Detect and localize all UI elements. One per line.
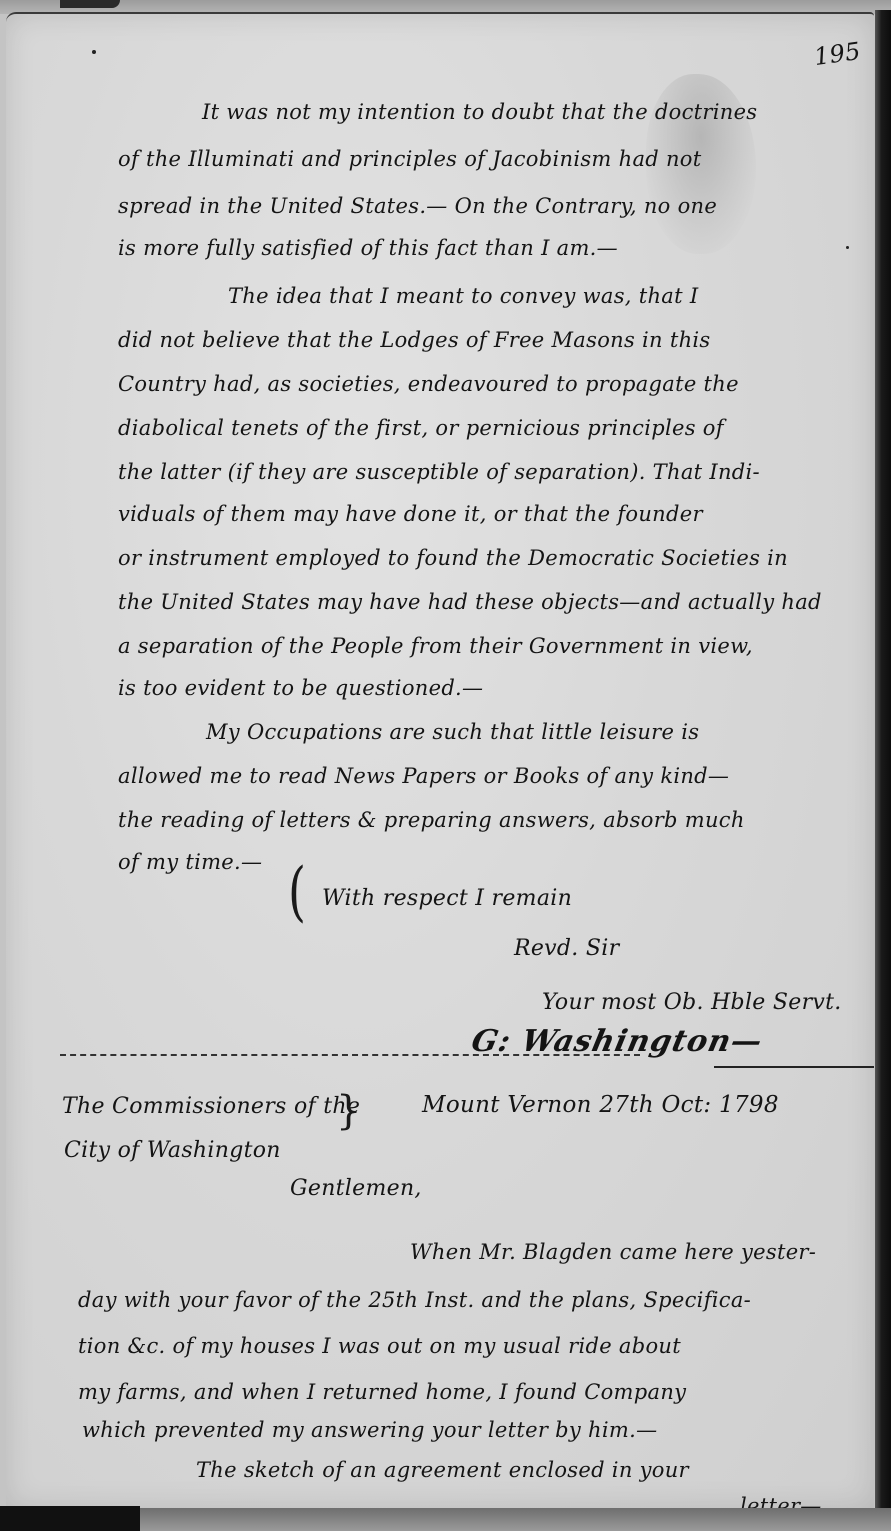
addressee-line-1: The Commissioners of the: [62, 1094, 360, 1119]
separator-line-tail: [714, 1066, 874, 1068]
letter1-p3-line2: allowed me to read News Papers or Books …: [118, 764, 729, 788]
letter1-p2-line1: The idea that I meant to convey was, tha…: [228, 284, 698, 308]
letter2-p2-line1: The sketch of an agreement enclosed in y…: [196, 1458, 689, 1482]
letter1-p2-line7: or instrument employed to found the Demo…: [118, 546, 788, 570]
manuscript-scan: 195 It was not my intention to doubt tha…: [0, 0, 891, 1531]
closing-line-3: Your most Ob. Hble Servt.: [542, 990, 842, 1015]
letter2-p1-line5: which prevented my answering your letter…: [82, 1418, 657, 1442]
scan-right-border: [875, 10, 891, 1531]
place-date: Mount Vernon 27th Oct: 1798: [422, 1092, 779, 1118]
closing-line-1: With respect I remain: [322, 886, 572, 911]
letter1-p2-line3: Country had, as societies, endeavoured t…: [118, 372, 739, 396]
letter2-p1-line3: tion &c. of my houses I was out on my us…: [78, 1334, 681, 1358]
letter1-p3-line4: of my time.—: [118, 850, 262, 874]
letter2-p1-line4: my farms, and when I returned home, I fo…: [78, 1380, 686, 1404]
letter1-p1-line1: It was not my intention to doubt that th…: [202, 100, 757, 124]
letter1-p1-line3: spread in the United States.— On the Con…: [118, 194, 717, 218]
letter2-p1-line1: When Mr. Blagden came here yester-: [410, 1240, 816, 1264]
separator-line: [60, 1054, 640, 1056]
addressee-brace: }: [336, 1088, 361, 1134]
letter1-p2-line2: did not believe that the Lodges of Free …: [118, 328, 711, 352]
letter1-p2-line8: the United States may have had these obj…: [118, 590, 822, 614]
closing-bracket: (: [288, 853, 306, 929]
scan-top-shadow: [60, 0, 120, 8]
scan-bottom-border: [140, 1508, 891, 1531]
closing-line-2: Revd. Sir: [514, 936, 619, 961]
letter1-p2-line9: a separation of the People from their Go…: [118, 634, 753, 658]
ink-dot: [92, 50, 96, 54]
scan-bottom-shadow: [0, 1506, 140, 1531]
letter2-p1-line2: day with your favor of the 25th Inst. an…: [78, 1288, 751, 1312]
letter1-p2-line4: diabolical tenets of the first, or perni…: [118, 416, 724, 440]
ink-dot: [846, 246, 849, 249]
salutation: Gentlemen,: [290, 1176, 422, 1201]
letter1-p3-line1: My Occupations are such that little leis…: [206, 720, 699, 744]
letter1-p3-line3: the reading of letters & preparing answe…: [118, 808, 745, 832]
page-number: 195: [812, 37, 862, 71]
letter1-p2-line6: viduals of them may have done it, or tha…: [118, 502, 703, 526]
letter1-p2-line10: is too evident to be questioned.—: [118, 676, 483, 700]
letter1-p1-line4: is more fully satisfied of this fact tha…: [118, 236, 618, 260]
letter1-p2-line5: the latter (if they are susceptible of s…: [118, 460, 760, 484]
letter1-p1-line2: of the Illuminati and principles of Jaco…: [118, 147, 702, 171]
manuscript-page: 195 It was not my intention to doubt tha…: [6, 12, 874, 1508]
addressee-line-2: City of Washington: [64, 1138, 281, 1163]
